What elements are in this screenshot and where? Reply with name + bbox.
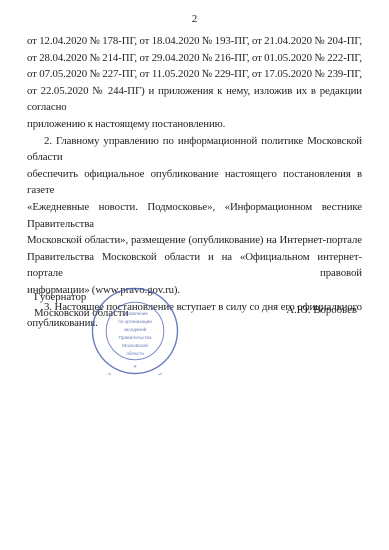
text-line: Московской области», размещение (опублик… (27, 232, 362, 249)
document-body: от 12.04.2020 № 178-ПГ, от 18.04.2020 № … (27, 33, 362, 332)
text-line: от 28.04.2020 № 214-ПГ, от 29.04.2020 № … (27, 50, 362, 67)
text-line: от 12.04.2020 № 178-ПГ, от 18.04.2020 № … (27, 33, 362, 50)
stamp-center-text-line: Управление (122, 311, 148, 316)
signature-name: А.Ю. Воробьев (286, 304, 357, 316)
paragraph-2: 2. Главному управлению по информационной… (27, 133, 362, 299)
stamp-center-text-line: Правительства (119, 335, 152, 340)
official-stamp-icon: АДМИНИСТРАЦИЯ ГУБЕРНАТОРА МОСКОВСКОЙ ОБЛ… (91, 287, 179, 375)
text-line: 2. Главному управлению по информационной… (27, 133, 362, 166)
stamp-center-text-line: Московской (122, 342, 148, 348)
paragraph-1: от 12.04.2020 № 178-ПГ, от 18.04.2020 № … (27, 33, 362, 133)
text-line: «Ежедневные новости. Подмосковье», «Инфо… (27, 199, 362, 232)
stamp-center-text-line: заседаний (124, 326, 147, 332)
text-line: Правительства Московской области и на «О… (27, 249, 362, 282)
document-page: 2 от 12.04.2020 № 178-ПГ, от 18.04.2020 … (0, 0, 389, 550)
text-line: приложению к настоящему постановлению. (27, 116, 362, 133)
stamp-center-text-line: области (126, 351, 144, 356)
text-line: от 22.05.2020 № 244-ПГ) и приложения к н… (27, 83, 362, 116)
text-line: от 07.05.2020 № 227-ПГ, от 11.05.2020 № … (27, 66, 362, 83)
stamp-center-text-line: по организации (118, 319, 152, 324)
text-line: обеспечить официальное опубликование нас… (27, 166, 362, 199)
page-number: 2 (27, 13, 362, 25)
stamp-star-icon: * (133, 364, 137, 372)
